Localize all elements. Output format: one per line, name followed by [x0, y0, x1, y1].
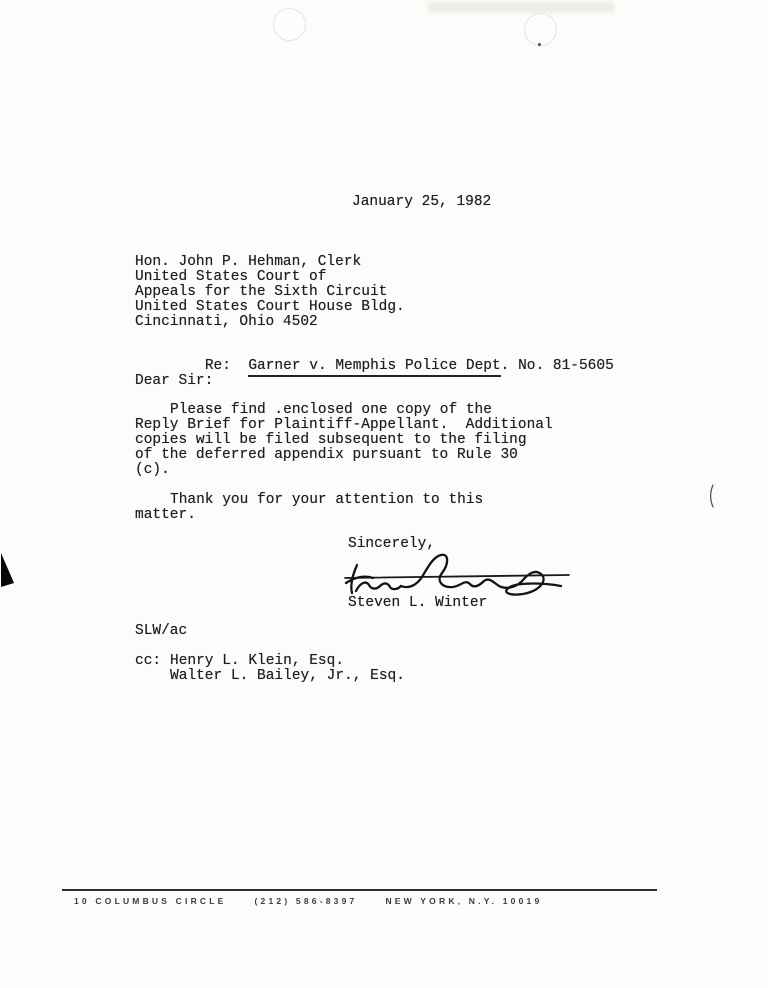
pen-mark — [706, 483, 716, 509]
body-paragraph-1: Please find .enclosed one copy of the Re… — [135, 403, 553, 478]
re-line: Re: Garner v. Memphis Police Dept. No. 8… — [170, 344, 614, 389]
letter-page: January 25, 1982 Hon. John P. Hehman, Cl… — [0, 0, 768, 988]
footer-city: NEW YORK, N.Y. 10019 — [385, 896, 542, 906]
scan-artifact-wedge — [0, 550, 16, 590]
recipient-address: Hon. John P. Hehman, Clerk United States… — [135, 255, 405, 330]
letterhead-footer: 10 COLUMBUS CIRCLE (212) 586-8397 NEW YO… — [74, 896, 674, 906]
cc-names: Henry L. Klein, Esq. Walter L. Bailey, J… — [170, 654, 405, 684]
salutation: Dear Sir: — [135, 374, 213, 389]
scan-speck — [538, 43, 541, 46]
letter-date: January 25, 1982 — [352, 195, 491, 210]
case-number: . No. 81-5605 — [501, 358, 614, 374]
cc-name: Walter L. Bailey, Jr., Esq. — [170, 669, 405, 684]
punch-hole-left — [273, 8, 306, 41]
footer-rule — [62, 889, 657, 891]
reference-initials: SLW/ac — [135, 624, 187, 639]
signer-name: Steven L. Winter — [348, 596, 487, 611]
punch-hole-right — [524, 13, 557, 46]
cc-label: cc: — [135, 654, 161, 669]
case-name: Garner v. Memphis Police Dept — [248, 358, 500, 377]
re-label: Re: — [205, 358, 249, 374]
scan-smudge — [428, 2, 614, 13]
cc-name: Henry L. Klein, Esq. — [170, 654, 405, 669]
body-paragraph-2: Thank you for your attention to this mat… — [135, 493, 483, 523]
footer-phone: (212) 586-8397 — [255, 896, 358, 906]
footer-address: 10 COLUMBUS CIRCLE — [74, 896, 227, 906]
